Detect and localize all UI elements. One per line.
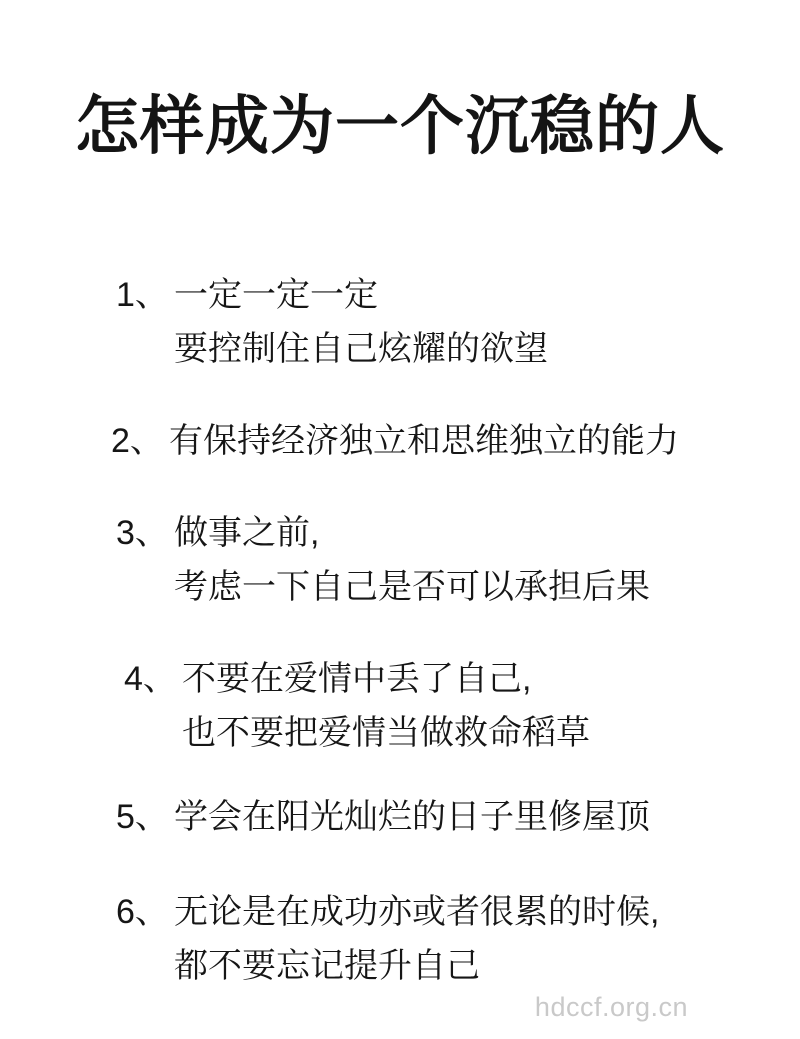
item-line: 也不要把爱情当做救命稻草 bbox=[182, 706, 740, 760]
list-item: 5、 学会在阳光灿烂的日子里修屋顶 bbox=[116, 790, 740, 844]
item-number: 6、 bbox=[116, 885, 174, 939]
item-number: 5、 bbox=[116, 790, 174, 844]
item-line: 学会在阳光灿烂的日子里修屋顶 bbox=[174, 790, 740, 844]
list-item: 4、 不要在爱情中丢了自己, 也不要把爱情当做救命稻草 bbox=[124, 652, 740, 760]
item-text: 无论是在成功亦或者很累的时候, 都不要忘记提升自己 bbox=[174, 885, 740, 993]
page-title: 怎样成为一个沉稳的人 bbox=[0, 88, 800, 164]
item-line: 要控制住自己炫耀的欲望 bbox=[174, 322, 740, 376]
item-line: 一定一定一定 bbox=[174, 268, 740, 322]
item-number: 2、 bbox=[111, 414, 169, 468]
item-text: 一定一定一定 要控制住自己炫耀的欲望 bbox=[174, 268, 740, 376]
item-line: 都不要忘记提升自己 bbox=[174, 939, 740, 993]
list-item: 6、 无论是在成功亦或者很累的时候, 都不要忘记提升自己 bbox=[116, 885, 740, 993]
list-item: 1、 一定一定一定 要控制住自己炫耀的欲望 bbox=[116, 268, 740, 376]
advice-list: 1、 一定一定一定 要控制住自己炫耀的欲望 2、 有保持经济独立和思维独立的能力… bbox=[0, 268, 800, 993]
list-item: 2、 有保持经济独立和思维独立的能力 bbox=[111, 414, 740, 468]
watermark-text: hdccf.org.cn bbox=[535, 994, 688, 1021]
list-item: 3、 做事之前, 考虑一下自己是否可以承担后果 bbox=[116, 506, 740, 614]
item-text: 学会在阳光灿烂的日子里修屋顶 bbox=[174, 790, 740, 844]
item-text: 有保持经济独立和思维独立的能力 bbox=[169, 414, 740, 468]
item-text: 不要在爱情中丢了自己, 也不要把爱情当做救命稻草 bbox=[182, 652, 740, 760]
item-number: 1、 bbox=[116, 268, 174, 322]
item-line: 做事之前, bbox=[174, 506, 740, 560]
item-number: 3、 bbox=[116, 506, 174, 560]
item-text: 做事之前, 考虑一下自己是否可以承担后果 bbox=[174, 506, 740, 614]
item-number: 4、 bbox=[124, 652, 182, 706]
item-line: 不要在爱情中丢了自己, bbox=[182, 652, 740, 706]
item-line: 有保持经济独立和思维独立的能力 bbox=[169, 414, 740, 468]
item-line: 考虑一下自己是否可以承担后果 bbox=[174, 560, 740, 614]
item-line: 无论是在成功亦或者很累的时候, bbox=[174, 885, 740, 939]
